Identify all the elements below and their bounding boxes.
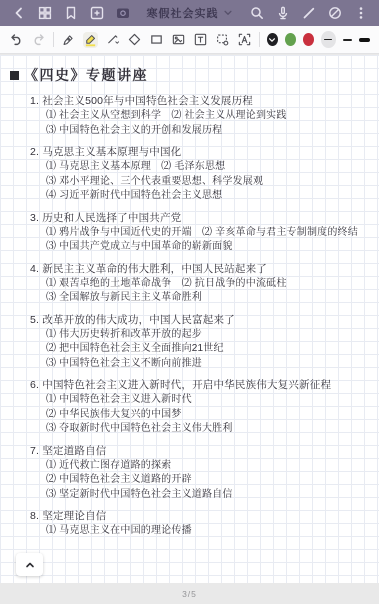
note-content: 《四史》专题讲座 1. 社会主义500年与中国特色社会主义发展历程 ⑴ 社会主义… — [0, 55, 379, 539]
section-heading: 3. 历史和人民选择了中国共产党 — [30, 211, 373, 226]
section-line: ⑶ 中国特色社会主义的开创和发展历程 — [46, 124, 373, 139]
section-line: ⑵ 中国特色社会主义道路的开辟 — [46, 473, 373, 488]
section-line: ⑶ 中国特色社会主义不断向前推进 — [46, 357, 373, 372]
ocr-tool[interactable] — [237, 32, 252, 48]
section-line: ⑷ 习近平新时代中国特色社会主义思想 — [46, 189, 373, 204]
camera-icon[interactable] — [114, 5, 131, 22]
section-line: ⑶ 中国共产党成立与中国革命的崭新面貌 — [46, 240, 373, 255]
section-line: ⑶ 全国解放与新民主主义革命胜利 — [46, 291, 373, 306]
outline-section: 7. 坚定道路自信 ⑴ 近代救亡图存道路的探索 ⑵ 中国特色社会主义道路的开辟 … — [30, 444, 373, 503]
section-line: ⑴ 社会主义从空想到科学 ⑵ 社会主义从理论到实践 — [46, 109, 373, 124]
redo-button[interactable] — [31, 32, 46, 48]
section-line: ⑴ 马克思主义基本原理 ⑵ 毛泽东思想 — [46, 160, 373, 175]
outline-section: 5. 改革开放的伟大成功，中国人民富起来了 ⑴ 伟大历史转折和改革开放的起步 ⑵… — [30, 313, 373, 372]
color-black-selected[interactable] — [267, 33, 278, 46]
note-title-text: 《四史》专题讲座 — [24, 65, 148, 85]
search-icon[interactable] — [248, 5, 265, 22]
outline-section: 2. 马克思主义基本原理与中国化 ⑴ 马克思主义基本原理 ⑵ 毛泽东思想 ⑶ 邓… — [30, 145, 373, 204]
grid-view-icon[interactable] — [36, 5, 53, 22]
notebook-title[interactable]: 寒假社会实践 — [131, 5, 248, 21]
outline-section: 4. 新民主主义革命的伟大胜利，中国人民站起来了 ⑴ 艰苦卓绝的土地革命战争 ⑵… — [30, 262, 373, 306]
page-indicator: 3/5 — [182, 589, 197, 599]
notebook-title-text: 寒假社会实践 — [147, 5, 219, 21]
section-line: ⑴ 伟大历史转折和改革开放的起步 — [46, 328, 373, 343]
note-title-row: 《四史》专题讲座 — [10, 65, 373, 85]
section-line: ⑴ 马克思主义在中国的理论传播 — [46, 524, 373, 539]
color-green[interactable] — [285, 33, 296, 46]
section-heading: 7. 坚定道路自信 — [30, 444, 373, 459]
eraser-tool[interactable] — [127, 32, 142, 48]
footer-bar: 3/5 — [0, 583, 379, 604]
outline-sections: 1. 社会主义500年与中国特色社会主义发展历程 ⑴ 社会主义从空想到科学 ⑵ … — [8, 94, 373, 539]
ballpoint-pen-tool[interactable] — [105, 32, 120, 48]
section-line: ⑴ 近代救亡图存道路的探索 — [46, 459, 373, 474]
eye-off-icon[interactable] — [326, 5, 343, 22]
highlighter-tool[interactable] — [83, 32, 98, 48]
outline-section: 8. 坚定理论自信 ⑴ 马克思主义在中国的理论传播 — [30, 509, 373, 539]
section-line: ⑶ 坚定新时代中国特色社会主义道路自信 — [46, 488, 373, 503]
add-page-icon[interactable] — [88, 5, 105, 22]
microphone-icon[interactable] — [274, 5, 291, 22]
section-heading: 1. 社会主义500年与中国特色社会主义发展历程 — [30, 94, 373, 109]
pen-toolbar — [0, 26, 379, 54]
bullet-square-icon — [10, 71, 19, 80]
section-heading: 6. 中国特色社会主义进入新时代，开启中华民族伟大复兴新征程 — [30, 378, 373, 393]
undo-button[interactable] — [9, 32, 24, 48]
section-line: ⑴ 中国特色社会主义进入新时代 — [46, 393, 373, 408]
section-heading: 5. 改革开放的伟大成功，中国人民富起来了 — [30, 313, 373, 328]
top-bar-left-group — [10, 5, 131, 22]
shape-tool[interactable] — [149, 32, 164, 48]
stroke-medium[interactable] — [343, 39, 352, 41]
fountain-pen-tool[interactable] — [61, 32, 76, 48]
outline-section: 3. 历史和人民选择了中国共产党 ⑴ 鸦片战争与中国近代史的开端 ⑵ 辛亥革命与… — [30, 211, 373, 255]
section-heading: 2. 马克思主义基本原理与中国化 — [30, 145, 373, 160]
collapse-toolbar-button[interactable] — [16, 553, 43, 576]
toolbar-divider — [53, 32, 54, 47]
note-app-window: 寒假社会实践 — [0, 0, 379, 604]
chevron-up-icon — [24, 559, 36, 571]
outline-section: 1. 社会主义500年与中国特色社会主义发展历程 ⑴ 社会主义从空想到科学 ⑵ … — [30, 94, 373, 138]
stroke-thin-icon — [324, 39, 332, 41]
stroke-thick[interactable] — [359, 38, 370, 42]
section-line: ⑵ 中华民族伟大复兴的中国梦 — [46, 408, 373, 423]
back-icon[interactable] — [10, 5, 27, 22]
top-bar: 寒假社会实践 — [0, 0, 379, 26]
section-line: ⑵ 把中国特色社会主义全面推向21世纪 — [46, 342, 373, 357]
text-tool[interactable] — [193, 32, 208, 48]
more-icon[interactable] — [352, 5, 369, 22]
pen-icon[interactable] — [300, 5, 317, 22]
section-line: ⑶ 邓小平理论、三个代表重要思想、科学发展观 — [46, 175, 373, 190]
bookmark-icon[interactable] — [62, 5, 79, 22]
stroke-thin-selected[interactable] — [321, 31, 336, 48]
image-tool[interactable] — [171, 32, 186, 48]
section-line: ⑴ 艰苦卓绝的土地革命战争 ⑵ 抗日战争的中流砥柱 — [46, 277, 373, 292]
top-bar-right-group — [248, 5, 369, 22]
section-line: ⑴ 鸦片战争与中国近代史的开端 ⑵ 辛亥革命与君主专制制度的终结 — [46, 226, 373, 241]
section-heading: 8. 坚定理论自信 — [30, 509, 373, 524]
note-page[interactable]: 《四史》专题讲座 1. 社会主义500年与中国特色社会主义发展历程 ⑴ 社会主义… — [0, 55, 379, 583]
section-heading: 4. 新民主主义革命的伟大胜利，中国人民站起来了 — [30, 262, 373, 277]
chevron-down-icon — [223, 8, 233, 18]
lasso-tool[interactable] — [215, 32, 230, 48]
toolbar-divider — [259, 32, 260, 47]
outline-section: 6. 中国特色社会主义进入新时代，开启中华民族伟大复兴新征程 ⑴ 中国特色社会主… — [30, 378, 373, 437]
color-red[interactable] — [303, 33, 314, 46]
section-line: ⑶ 夺取新时代中国特色社会主义伟大胜利 — [46, 422, 373, 437]
